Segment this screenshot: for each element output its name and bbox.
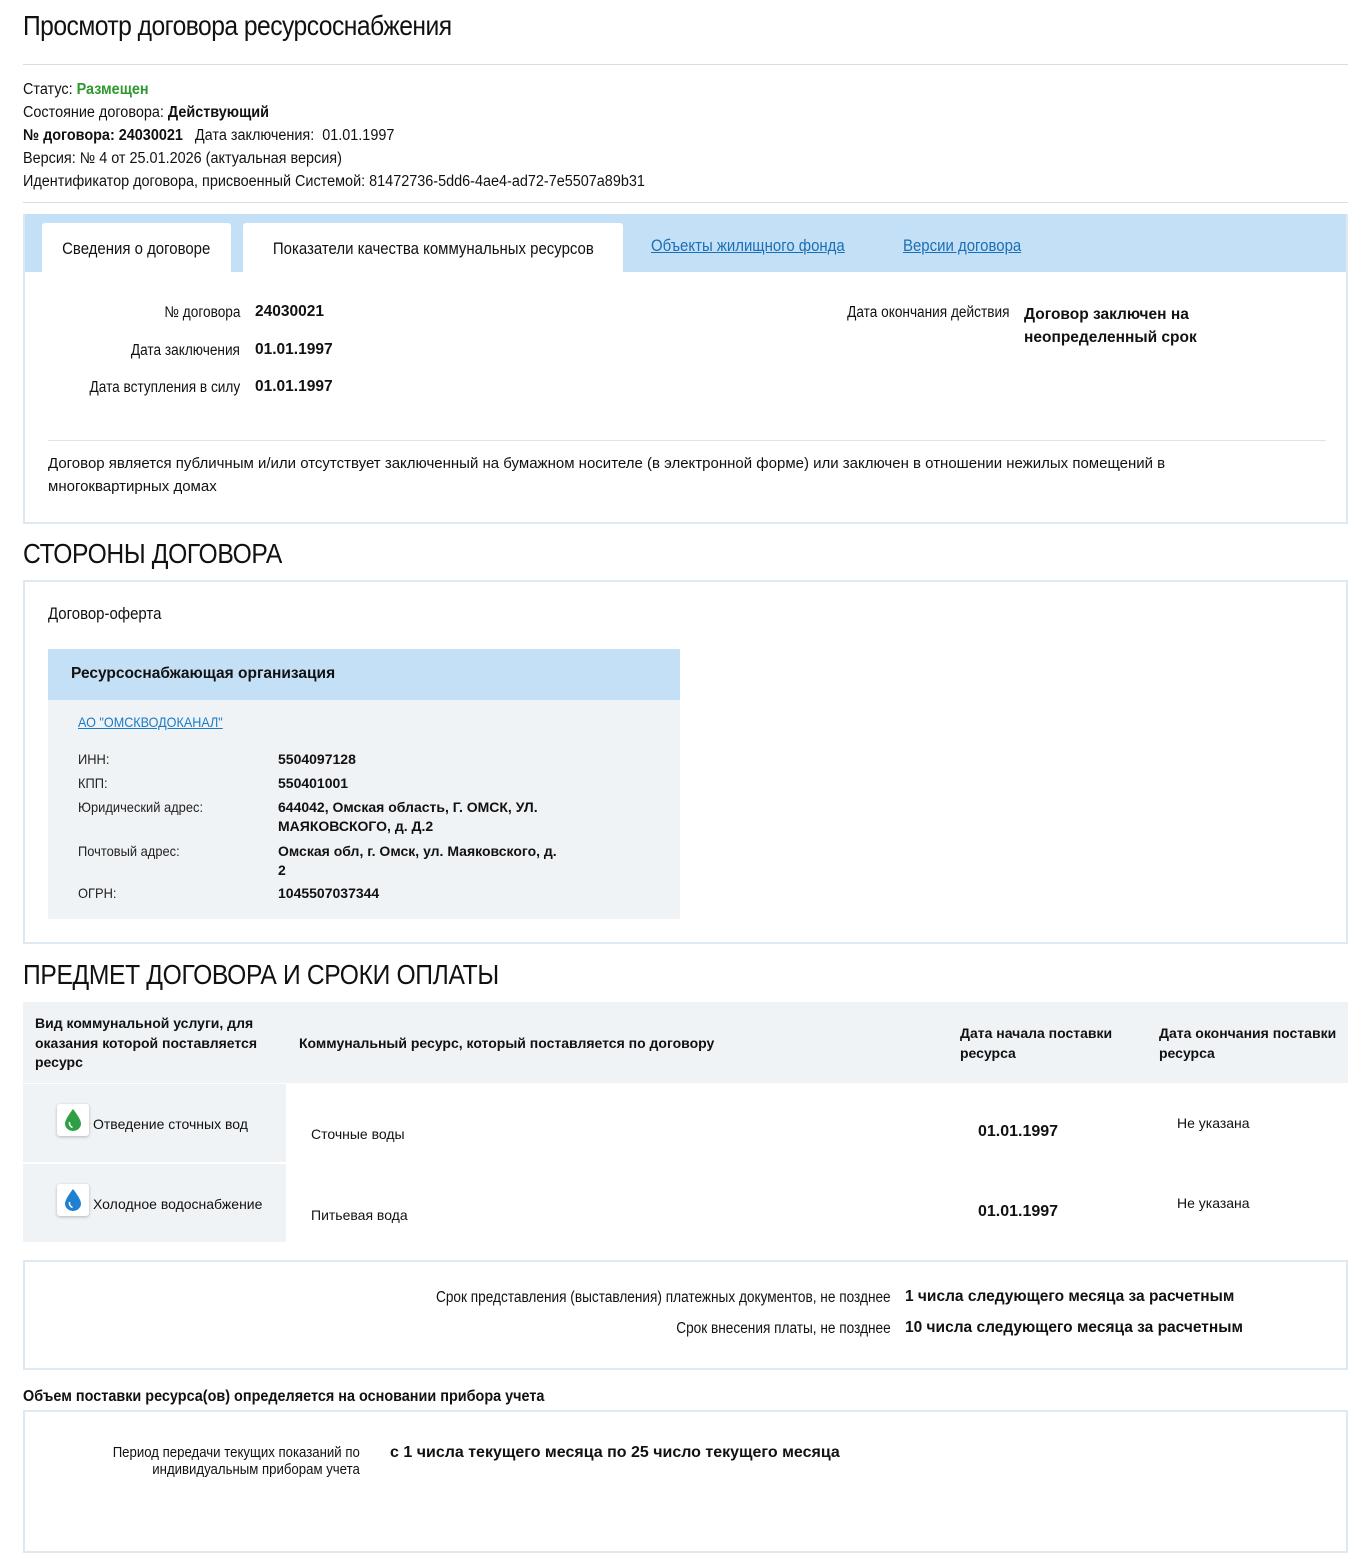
contract-meta: Статус: Размещен Состояние договора: Дей…: [23, 78, 692, 193]
tab-bar: Сведения о договоре Показатели качества …: [25, 214, 1346, 272]
payment-deadline-value: 10 числа следующего месяца за расчетным: [905, 1319, 1243, 1337]
field-label: № договора: [164, 304, 240, 322]
conclusion-date: 01.01.1997: [322, 127, 394, 144]
state-line: Состояние договора: Действующий: [23, 101, 645, 124]
field-value: 01.01.1997: [255, 378, 333, 396]
divider: [23, 202, 1348, 203]
version-line: Версия: № 4 от 25.01.2026 (актуальная ве…: [23, 147, 645, 170]
water-drop-green-icon: [57, 1104, 89, 1136]
column-header: Коммунальный ресурс, который поставляетс…: [299, 1034, 714, 1054]
field-value: 24030021: [255, 303, 324, 321]
field-value: 01.01.1997: [255, 341, 333, 359]
tab-contract-info[interactable]: Сведения о договоре: [42, 223, 231, 272]
parties-section-title: СТОРОНЫ ДОГОВОРА: [23, 538, 282, 570]
status-badge: Размещен: [77, 81, 149, 98]
volume-title: Объем поставки ресурса(ов) определяется …: [23, 1388, 544, 1406]
contract-type: Договор-оферта: [48, 604, 161, 624]
service-name: Отведение сточных вод: [93, 1116, 248, 1132]
column-header: Дата окончания поставки ресурса: [1159, 1024, 1344, 1063]
meter-period-value: с 1 числа текущего месяца по 25 число те…: [390, 1444, 840, 1462]
start-date: 01.01.1997: [978, 1203, 1058, 1221]
end-date: Не указана: [1177, 1195, 1250, 1211]
payment-terms-box: Срок представления (выставления) платежн…: [23, 1260, 1348, 1370]
end-date-value: Договор заключен на неопределенный срок: [1024, 303, 1197, 349]
state-value: Действующий: [168, 104, 269, 121]
contract-tabs-panel: Сведения о договоре Показатели качества …: [23, 214, 1348, 524]
meter-period-label: Период передачи текущих показаний по инд…: [113, 1444, 360, 1478]
public-contract-note: Договор является публичным и/или отсутст…: [48, 452, 1278, 498]
field-label: Дата вступления в силу: [89, 379, 240, 397]
meter-box: Период передачи текущих показаний по инд…: [23, 1410, 1348, 1553]
supplier-link[interactable]: АО "ОМСКВОДОКАНАЛ": [78, 714, 223, 730]
payment-deadline-label: Срок внесения платы, не позднее: [677, 1320, 891, 1338]
contract-number: 24030021: [119, 127, 183, 144]
end-date: Не указана: [1177, 1115, 1250, 1131]
table-header: Вид коммунальной услуги, для оказания ко…: [23, 1002, 1348, 1083]
resource-name: Сточные воды: [311, 1126, 405, 1142]
doc-deadline-value: 1 числа следующего месяца за расчетным: [905, 1288, 1234, 1306]
divider: [23, 64, 1348, 65]
service-name: Холодное водоснабжение: [93, 1196, 262, 1212]
subject-section-title: ПРЕДМЕТ ДОГОВОРА И СРОКИ ОПЛАТЫ: [23, 959, 499, 991]
divider: [48, 440, 1326, 441]
start-date: 01.01.1997: [978, 1123, 1058, 1141]
table-row: Отведение сточных вод Сточные воды 01.01…: [23, 1084, 1348, 1164]
table-row: Холодное водоснабжение Питьевая вода 01.…: [23, 1164, 1348, 1244]
column-header: Дата начала поставки ресурса: [960, 1024, 1130, 1063]
end-date-label: Дата окончания действия: [847, 304, 1009, 322]
water-drop-blue-icon: [57, 1184, 89, 1216]
number-line: № договора: 24030021 Дата заключения: 01…: [23, 124, 645, 147]
parties-box: Договор-оферта Ресурсоснабжающая организ…: [23, 580, 1348, 944]
column-header: Вид коммунальной услуги, для оказания ко…: [35, 1014, 275, 1073]
page-title: Просмотр договора ресурсоснабжения: [23, 10, 452, 42]
tab-contract-versions[interactable]: Версии договора: [903, 236, 1021, 256]
resource-name: Питьевая вода: [311, 1207, 408, 1223]
status-line: Статус: Размещен: [23, 78, 645, 101]
doc-deadline-label: Срок представления (выставления) платежн…: [436, 1289, 891, 1307]
supplier-card: Ресурсоснабжающая организация АО "ОМСКВО…: [48, 649, 680, 919]
supplier-card-title: Ресурсоснабжающая организация: [48, 649, 680, 700]
identifier-line: Идентификатор договора, присвоенный Сист…: [23, 170, 645, 193]
field-label: Дата заключения: [131, 342, 240, 360]
contract-identifier: 81472736-5dd6-4ae4-ad72-7e5507a89b31: [369, 173, 645, 190]
tab-quality-indicators[interactable]: Показатели качества коммунальных ресурсо…: [243, 223, 623, 272]
tab-housing-objects[interactable]: Объекты жилищного фонда: [651, 236, 845, 256]
